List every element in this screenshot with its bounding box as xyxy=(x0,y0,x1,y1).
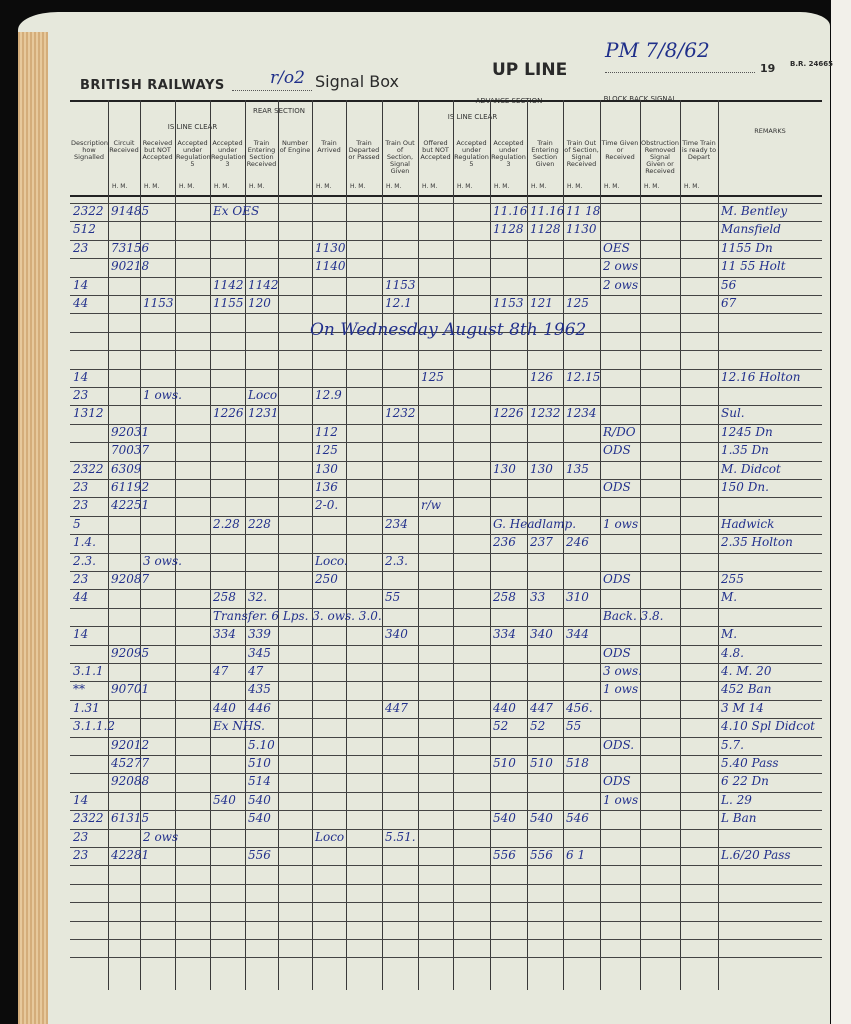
entry-bb: ODS xyxy=(603,646,631,660)
entry-circuit: 61192 xyxy=(111,480,149,494)
hm-label: H. M. xyxy=(604,183,619,190)
entry-reg3: 440 xyxy=(213,701,236,715)
hm-label: H. M. xyxy=(386,183,401,190)
entry-entering: 1231 xyxy=(248,406,279,420)
entry-adv-reg3: 11.16 xyxy=(493,204,527,218)
row-rule xyxy=(70,608,822,609)
entry-adv-reg3: 334 xyxy=(493,627,516,641)
entry-desc: 14 xyxy=(73,793,88,807)
hm-label: H. M. xyxy=(567,183,582,190)
entry-entering-given: 1128 xyxy=(530,222,561,236)
entry-desc: 23 xyxy=(73,830,88,844)
entry-bb: ODS xyxy=(603,774,631,788)
entry-entering: Loco xyxy=(248,388,277,402)
page-edges xyxy=(18,32,48,1024)
entry-desc: 3.1.1 xyxy=(73,664,104,678)
column-header-description: Description how Signalled xyxy=(71,140,107,161)
entry-adv-reg3: 510 xyxy=(493,756,516,770)
hm-label: H. M. xyxy=(422,183,437,190)
entry-entering: 510 xyxy=(248,756,271,770)
entry-out-received: 246 xyxy=(566,535,589,549)
entry-entering: 5.10 xyxy=(248,738,275,752)
hm-label: H. M. xyxy=(684,183,699,190)
hm-label: H. M. xyxy=(494,183,509,190)
row-rule xyxy=(70,461,822,462)
entry-entering: 1142 xyxy=(248,278,279,292)
entry-bb: 1 ows xyxy=(603,682,638,696)
entry-remarks: Hadwick xyxy=(721,517,774,531)
entry-circuit: 61315 xyxy=(111,811,149,825)
entry-entering-given: 130 xyxy=(530,462,553,476)
entry-desc: 44 xyxy=(73,590,88,604)
entry-desc: 1.31 xyxy=(73,701,100,715)
hm-label: H. M. xyxy=(350,183,365,190)
hm-label: H. M. xyxy=(179,183,194,190)
entry-desc: 512 xyxy=(73,222,96,236)
entry-entering: 540 xyxy=(248,811,271,825)
entry-entering-given: 540 xyxy=(530,811,553,825)
entry-out-received: 1130 xyxy=(566,222,597,236)
entry-out-given: 2.3. xyxy=(385,554,408,568)
entry-entering: 47 xyxy=(248,664,263,678)
entry-desc: 3.1.1.2 xyxy=(73,719,115,733)
entry-entering-given: 510 xyxy=(530,756,553,770)
entry-out-given: 5.51. xyxy=(385,830,416,844)
entry-out-received: 546 xyxy=(566,811,589,825)
entry-entering: 540 xyxy=(248,793,271,807)
row-rule xyxy=(70,681,822,682)
entry-entering: 120 xyxy=(248,296,271,310)
hm-label: H. M. xyxy=(531,183,546,190)
row-rule xyxy=(70,626,822,627)
row-rule xyxy=(70,847,822,848)
column-rule xyxy=(600,100,601,990)
entry-remarks: M. xyxy=(721,627,737,641)
entry-entering: 345 xyxy=(248,646,271,660)
form-number: B.R. 24665 xyxy=(790,60,833,68)
column-rule xyxy=(312,100,313,990)
entry-adv-reg3: 440 xyxy=(493,701,516,715)
entry-entering-given: 447 xyxy=(530,701,553,715)
hm-label: H. M. xyxy=(249,183,264,190)
column-header-train-entering-given: Train Entering Section Given xyxy=(528,140,562,168)
entry-desc: 14 xyxy=(73,627,88,641)
column-header-train-arrived: Train Arrived xyxy=(313,140,345,154)
entry-remarks: M. Didcot xyxy=(721,462,781,476)
hm-label: H. M. xyxy=(457,183,472,190)
entry-reg3: 334 xyxy=(213,627,236,641)
row-rule xyxy=(70,203,822,204)
row-rule xyxy=(70,277,822,278)
column-header-rear-not-accepted: Received but NOT Accepted xyxy=(141,140,174,161)
entry-entering: 556 xyxy=(248,848,271,862)
entry-bb: 3 ows. xyxy=(603,664,642,678)
entry-bb: ODS. xyxy=(603,738,634,752)
entry-adv-offered: 125 xyxy=(421,370,444,384)
column-header-ready-to-depart: Time Train is ready to Depart xyxy=(681,140,717,161)
entry-remarks: 4.10 Spl Didcot xyxy=(721,719,815,733)
column-header-rear-reg5: Accepted under Regulation 5 xyxy=(176,140,209,168)
entry-desc: ** xyxy=(73,682,85,696)
entry-remarks: 4.8. xyxy=(721,646,744,660)
column-header-engine-number: Number of Engine xyxy=(279,140,311,154)
entry-not-accepted: 3 ows. xyxy=(143,554,182,568)
entry-arrived: 250 xyxy=(315,572,338,586)
entry-remarks: 1.35 Dn xyxy=(721,443,769,457)
column-header-adv-reg5: Accepted under Regulation 5 xyxy=(454,140,489,168)
entry-out-received: 310 xyxy=(566,590,589,604)
entry-out-received: 135 xyxy=(566,462,589,476)
entry-adv-reg3: 130 xyxy=(493,462,516,476)
entry-arrived: 1140 xyxy=(315,259,346,273)
row-rule xyxy=(70,295,822,296)
row-rule xyxy=(70,553,822,554)
entry-remarks: 452 Ban xyxy=(721,682,771,696)
entry-reg3: 1226 xyxy=(213,406,244,420)
row-rule xyxy=(70,589,822,590)
entry-out-received: 456. xyxy=(566,701,593,715)
column-header-bb-time: Time Given or Received xyxy=(601,140,639,161)
entry-entering: 435 xyxy=(248,682,271,696)
row-rule xyxy=(70,240,822,241)
entry-entering-given: 11.16 xyxy=(530,204,564,218)
row-rule xyxy=(70,405,822,406)
entry-out-received: 12.15 xyxy=(566,370,600,384)
column-rule xyxy=(418,100,419,990)
header-top-rule xyxy=(70,100,822,102)
row-rule xyxy=(70,957,822,958)
entry-entering-given: 33 xyxy=(530,590,545,604)
entry-bb: ODS xyxy=(603,480,631,494)
entry-notes: Transfer. 6 Lps. 3. ows. 3.0. xyxy=(213,609,382,623)
column-header-train-entering-received: Train Entering Section Received xyxy=(246,140,277,168)
row-rule xyxy=(70,939,822,940)
entry-desc: 23 xyxy=(73,480,88,494)
entry-remarks: 67 xyxy=(721,296,736,310)
column-header-adv-reg3: Accepted under Regulation 3 xyxy=(491,140,526,168)
entry-out-given: 1153 xyxy=(385,278,416,292)
entry-bb: Back. 3.8. xyxy=(603,609,664,623)
column-header-bb-obstruction: Obstruction Removed Signal Given or Rece… xyxy=(641,140,679,175)
column-rule xyxy=(453,100,454,990)
row-rule xyxy=(70,884,822,885)
entry-circuit: 90218 xyxy=(111,259,149,273)
row-rule xyxy=(70,663,822,664)
entry-arrived: 136 xyxy=(315,480,338,494)
column-rule xyxy=(382,100,383,990)
row-rule xyxy=(70,424,822,425)
entry-remarks: L.6/20 Pass xyxy=(721,848,791,862)
entry-desc: 14 xyxy=(73,370,88,384)
row-rule xyxy=(70,479,822,480)
row-rule xyxy=(70,313,822,314)
column-rule xyxy=(718,100,719,990)
entry-bb: 2 ows xyxy=(603,278,638,292)
entry-bb: 1 ows xyxy=(603,793,638,807)
entry-circuit: 90701 xyxy=(111,682,149,696)
entry-reg3: 540 xyxy=(213,793,236,807)
date-handwritten: PM 7/8/62 xyxy=(605,38,710,62)
entry-adv-reg3: 1226 xyxy=(493,406,524,420)
entry-adv-reg3: 556 xyxy=(493,848,516,862)
entry-bb: R/DO xyxy=(603,425,636,439)
line-title: UP LINE xyxy=(492,60,567,80)
column-header-train-out-given: Train Out of Section, Signal Given xyxy=(383,140,417,175)
entry-remarks: 1155 Dn xyxy=(721,241,773,255)
entry-out-given: 447 xyxy=(385,701,408,715)
entry-remarks: M. xyxy=(721,590,737,604)
entry-entering-given: 237 xyxy=(530,535,553,549)
entry-circuit: 92088 xyxy=(111,774,149,788)
entry-desc: 5 xyxy=(73,517,81,531)
row-rule xyxy=(70,442,822,443)
entry-desc: 14 xyxy=(73,278,88,292)
entry-desc: 23 xyxy=(73,498,88,512)
entry-adv-reg3: 1153 xyxy=(493,296,524,310)
entry-circuit: 92031 xyxy=(111,425,149,439)
entry-adv-reg3: 258 xyxy=(493,590,516,604)
row-rule xyxy=(70,755,822,756)
entry-bb: ODS xyxy=(603,572,631,586)
column-rule xyxy=(680,100,681,990)
entry-remarks: 5.40 Pass xyxy=(721,756,779,770)
rear-is-line-clear: IS LINE CLEAR xyxy=(140,124,245,131)
column-header-rear-reg3: Accepted under Regulation 3 xyxy=(211,140,244,168)
entry-circuit: 92012 xyxy=(111,738,149,752)
entry-desc: 23 xyxy=(73,572,88,586)
row-rule xyxy=(70,792,822,793)
column-header-remarks: REMARKS xyxy=(719,128,821,135)
entry-entering-given: 340 xyxy=(530,627,553,641)
entry-remarks: 11 55 Holt xyxy=(721,259,786,273)
entry-notes: Ex NHS. xyxy=(213,719,265,733)
entry-out-given: 1232 xyxy=(385,406,416,420)
column-header-adv-offered-not-accepted: Offered but NOT Accepted xyxy=(419,140,452,161)
entry-entering-given: 126 xyxy=(530,370,553,384)
row-rule xyxy=(70,737,822,738)
entry-entering: 339 xyxy=(248,627,271,641)
column-rule xyxy=(527,100,528,990)
entry-adv-offered: r/w xyxy=(421,498,441,512)
entry-circuit: 6309 xyxy=(111,462,142,476)
header-bottom-rule xyxy=(70,195,822,197)
entry-entering-given: 556 xyxy=(530,848,553,862)
entry-not-accepted: 2 ows xyxy=(143,830,178,844)
entry-not-accepted: 1153 xyxy=(143,296,174,310)
entry-circuit: 45277 xyxy=(111,756,149,770)
entry-bb: 2 ows xyxy=(603,259,638,273)
entry-circuit: 91485 xyxy=(111,204,149,218)
entry-entering-given: 1232 xyxy=(530,406,561,420)
entry-adv-reg3: 540 xyxy=(493,811,516,825)
hm-label: H. M. xyxy=(644,183,659,190)
entry-remarks: Sul. xyxy=(721,406,745,420)
entry-entering-given: 121 xyxy=(530,296,553,310)
row-rule xyxy=(70,571,822,572)
entry-desc: 44 xyxy=(73,296,88,310)
entry-reg3: 258 xyxy=(213,590,236,604)
signal-box-name-line xyxy=(232,90,312,91)
entry-remarks: Mansfield xyxy=(721,222,781,236)
column-rule xyxy=(640,100,641,990)
row-rule xyxy=(70,258,822,259)
entry-not-accepted: 1 ows. xyxy=(143,388,182,402)
year-prefix: 19 xyxy=(760,62,775,75)
entry-desc: 2322 xyxy=(73,462,104,476)
row-rule xyxy=(70,387,822,388)
entry-remarks: 150 Dn. xyxy=(721,480,769,494)
entry-out-received: 55 xyxy=(566,719,581,733)
hm-label: H. M. xyxy=(112,183,127,190)
row-rule xyxy=(70,810,822,811)
entry-arrived: Loco xyxy=(315,830,344,844)
row-rule xyxy=(70,369,822,370)
entry-out-given: 340 xyxy=(385,627,408,641)
entry-entering-given: 52 xyxy=(530,719,545,733)
entry-desc: 23 xyxy=(73,388,88,402)
entry-bb: 1 ows xyxy=(603,517,638,531)
entry-remarks: 1245 Dn xyxy=(721,425,773,439)
entry-adv-reg3: G. Headlamp. xyxy=(493,517,576,531)
entry-desc: 23 xyxy=(73,848,88,862)
entry-circuit: 42251 xyxy=(111,498,149,512)
column-header-train-departed: Train Departed or Passed xyxy=(347,140,381,161)
entry-desc: 2.3. xyxy=(73,554,96,568)
rear-section-header: REAR SECTION xyxy=(140,108,418,115)
entry-adv-reg3: 236 xyxy=(493,535,516,549)
hm-label: H. M. xyxy=(316,183,331,190)
hm-label: H. M. xyxy=(214,183,229,190)
column-rule xyxy=(245,100,246,990)
entry-desc: 2322 xyxy=(73,204,104,218)
entry-remarks: 2.35 Holton xyxy=(721,535,793,549)
column-rule xyxy=(108,100,109,990)
entry-arrived: 1130 xyxy=(315,241,346,255)
entry-out-received: 11 18 xyxy=(566,204,600,218)
signal-box-label: Signal Box xyxy=(315,72,399,91)
row-rule xyxy=(70,534,822,535)
signal-box-name: r/o2 xyxy=(270,68,305,88)
row-rule xyxy=(70,497,822,498)
entry-out-given: 12.1 xyxy=(385,296,412,310)
entry-circuit: 42281 xyxy=(111,848,149,862)
entry-arrived: 2-0. xyxy=(315,498,338,512)
row-rule xyxy=(70,829,822,830)
entry-desc: 23 xyxy=(73,241,88,255)
entry-desc: 1312 xyxy=(73,406,104,420)
column-rule xyxy=(490,100,491,990)
entry-entering: 446 xyxy=(248,701,271,715)
row-rule xyxy=(70,350,822,351)
entry-remarks: 56 xyxy=(721,278,736,292)
org-title: BRITISH RAILWAYS xyxy=(80,78,225,93)
row-rule xyxy=(70,718,822,719)
entry-remarks: 5.7. xyxy=(721,738,744,752)
entry-reg3: 1142 xyxy=(213,278,244,292)
entry-entering: 228 xyxy=(248,517,271,531)
entry-reg3: 47 xyxy=(213,664,228,678)
column-rule xyxy=(346,100,347,990)
column-rule xyxy=(210,100,211,990)
entry-entering: 514 xyxy=(248,774,271,788)
entry-notes: Ex OES xyxy=(213,204,259,218)
entry-out-received: 1234 xyxy=(566,406,597,420)
entry-bb: ODS xyxy=(603,443,631,457)
next-page-edge xyxy=(831,0,851,1024)
entry-arrived: 112 xyxy=(315,425,338,439)
entry-reg3: 1155 xyxy=(213,296,244,310)
entry-bb: OES xyxy=(603,241,630,255)
entry-remarks: 12.16 Holton xyxy=(721,370,800,384)
entry-circuit: 92095 xyxy=(111,646,149,660)
entry-entering: 32. xyxy=(248,590,267,604)
column-rule xyxy=(175,100,176,990)
entry-circuit: 92087 xyxy=(111,572,149,586)
entry-remarks: 3 M 14 xyxy=(721,701,764,715)
row-rule xyxy=(70,902,822,903)
entry-desc: 2322 xyxy=(73,811,104,825)
entry-remarks: L Ban xyxy=(721,811,756,825)
entry-out-given: 234 xyxy=(385,517,408,531)
date-line xyxy=(605,72,755,73)
row-rule xyxy=(70,700,822,701)
entry-out-received: 344 xyxy=(566,627,589,641)
entry-arrived: 130 xyxy=(315,462,338,476)
entry-remarks: 4. M. 20 xyxy=(721,664,771,678)
row-rule xyxy=(70,921,822,922)
entry-out-given: 55 xyxy=(385,590,400,604)
entry-out-received: 518 xyxy=(566,756,589,770)
entry-circuit: 73156 xyxy=(111,241,149,255)
column-header-train-out-received: Train Out of Section, Signal Received xyxy=(564,140,599,168)
advance-is-line-clear: IS LINE CLEAR xyxy=(418,114,527,121)
entry-adv-reg3: 52 xyxy=(493,719,508,733)
entry-remarks: 255 xyxy=(721,572,744,586)
entry-desc: 1.4. xyxy=(73,535,96,549)
entry-arrived: 125 xyxy=(315,443,338,457)
entry-out-received: 6 1 xyxy=(566,848,585,862)
row-rule xyxy=(70,645,822,646)
entry-out-received: 125 xyxy=(566,296,589,310)
entry-adv-reg3: 1128 xyxy=(493,222,524,236)
entry-arrived: 12.9 xyxy=(315,388,342,402)
row-rule xyxy=(70,773,822,774)
row-rule xyxy=(70,516,822,517)
entry-remarks: 6 22 Dn xyxy=(721,774,769,788)
entry-reg3: 2.28 xyxy=(213,517,240,531)
entry-remarks: L. 29 xyxy=(721,793,752,807)
column-header-circuit: Circuit Received xyxy=(109,140,139,154)
date-separator: On Wednesday August 8th 1962 xyxy=(310,320,586,340)
hm-label: H. M. xyxy=(144,183,159,190)
column-rule xyxy=(563,100,564,990)
row-rule xyxy=(70,221,822,222)
entry-remarks: M. Bentley xyxy=(721,204,787,218)
entry-arrived: Loco. xyxy=(315,554,348,568)
row-rule xyxy=(70,865,822,866)
column-rule xyxy=(278,100,279,990)
entry-circuit: 70037 xyxy=(111,443,149,457)
